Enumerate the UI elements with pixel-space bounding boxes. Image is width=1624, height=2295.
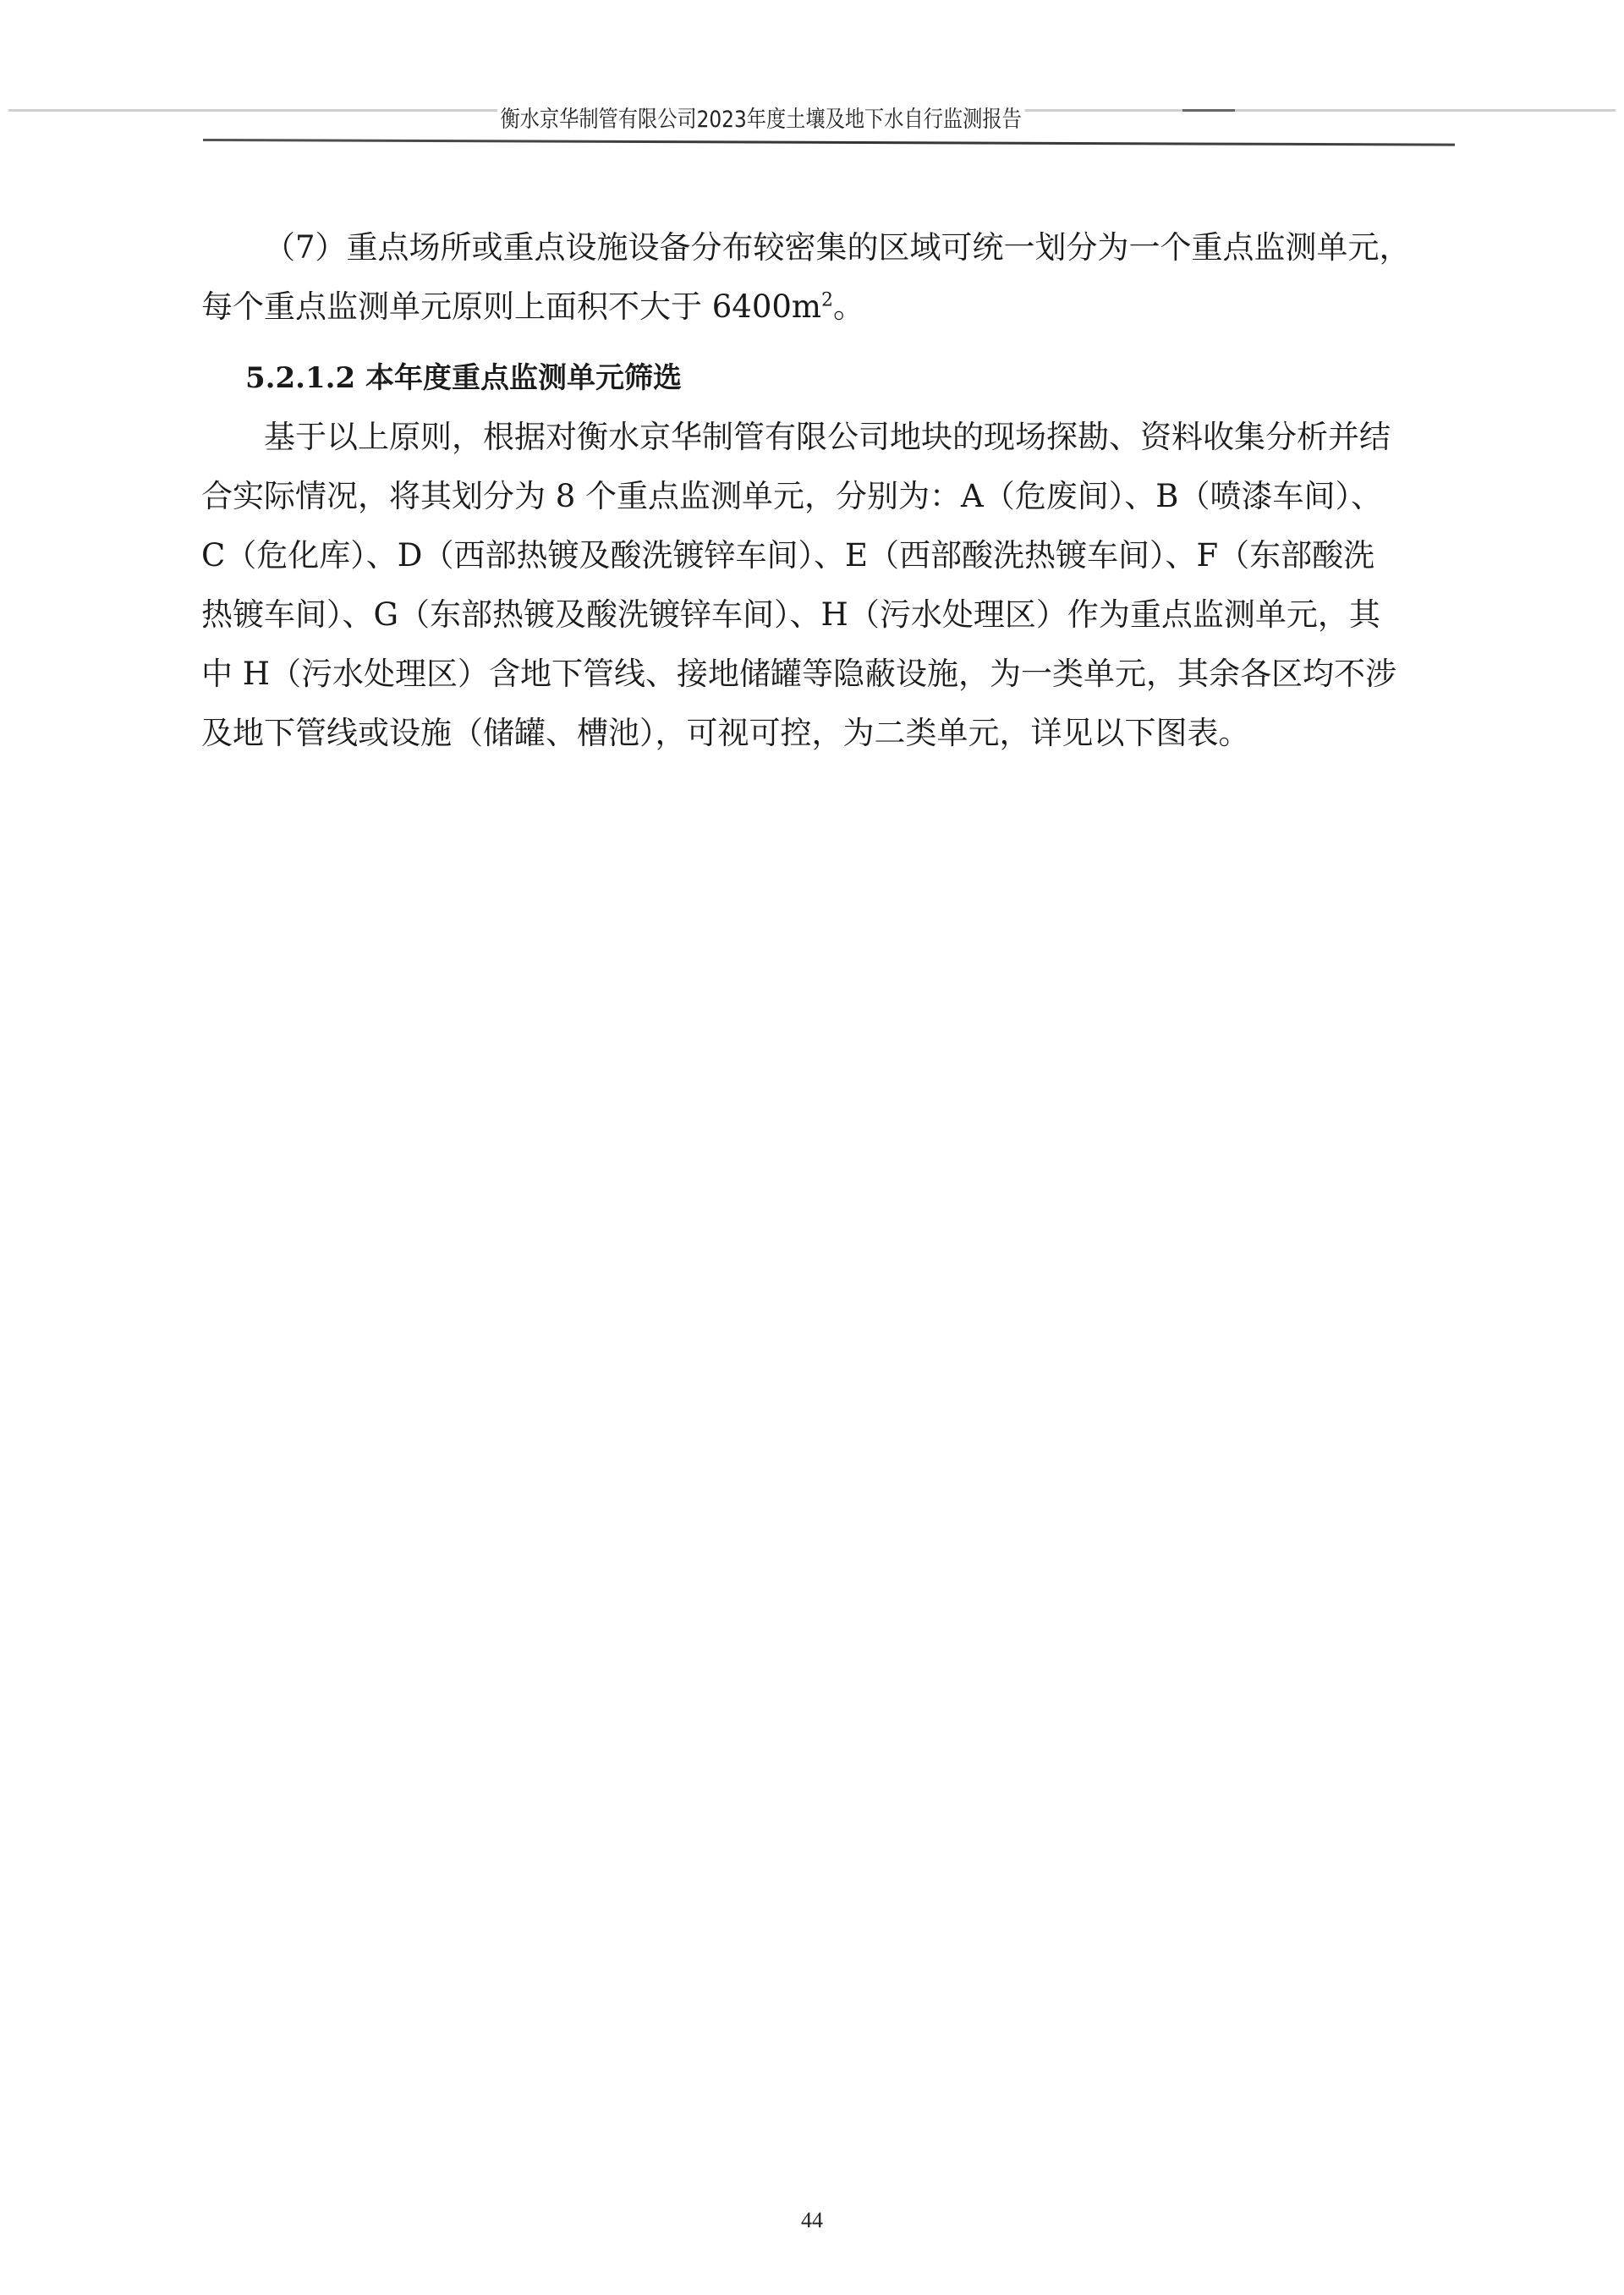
item-7-line-2: 每个重点监测单元原则上面积不大于 6400m2。 bbox=[201, 277, 1453, 337]
paragraph-line-5: 中 H（污水处理区）含地下管线、接地储罐等隐蔽设施，为一类单元，其余各区均不涉 bbox=[201, 645, 1453, 704]
item-7-line-2-end: 。 bbox=[833, 288, 864, 325]
header-rule bbox=[203, 139, 1455, 146]
item-7-line-1: （7）重点场所或重点设施设备分布较密集的区域可统一划分为一个重点监测单元， bbox=[201, 218, 1453, 277]
superscript-2: 2 bbox=[821, 290, 833, 311]
header-top-dash bbox=[1182, 109, 1235, 112]
item-7-line-2-text: 每个重点监测单元原则上面积不大于 6400m bbox=[201, 288, 821, 325]
unit-screening-paragraph: 基于以上原则，根据对衡水京华制管有限公司地块的现场探勘、资料收集分析并结 合实际… bbox=[201, 408, 1453, 763]
section-heading-5-2-1-2: 5.2.1.2 本年度重点监测单元筛选 bbox=[245, 349, 682, 408]
item-7-paragraph: （7）重点场所或重点设施设备分布较密集的区域可统一划分为一个重点监测单元， 每个… bbox=[201, 218, 1453, 337]
paragraph-line-6: 及地下管线或设施（储罐、槽池），可视可控，为二类单元，详见以下图表。 bbox=[201, 704, 1453, 763]
paragraph-line-2: 合实际情况，将其划分为 8 个重点监测单元，分别为：A（危废间）、B（喷漆车间）… bbox=[201, 467, 1453, 526]
page-number: 44 bbox=[0, 2208, 1624, 2233]
paragraph-line-4: 热镀车间）、G（东部热镀及酸洗镀锌车间）、H（污水处理区）作为重点监测单元，其 bbox=[201, 585, 1453, 645]
paragraph-line-1: 基于以上原则，根据对衡水京华制管有限公司地块的现场探勘、资料收集分析并结 bbox=[201, 408, 1453, 467]
paragraph-line-3: C（危化库）、D（西部热镀及酸洗镀锌车间）、E（西部酸洗热镀车间）、F（东部酸洗 bbox=[201, 526, 1453, 585]
running-header-title: 衡水京华制管有限公司2023年度土壤及地下水自行监测报告 bbox=[497, 105, 1024, 135]
